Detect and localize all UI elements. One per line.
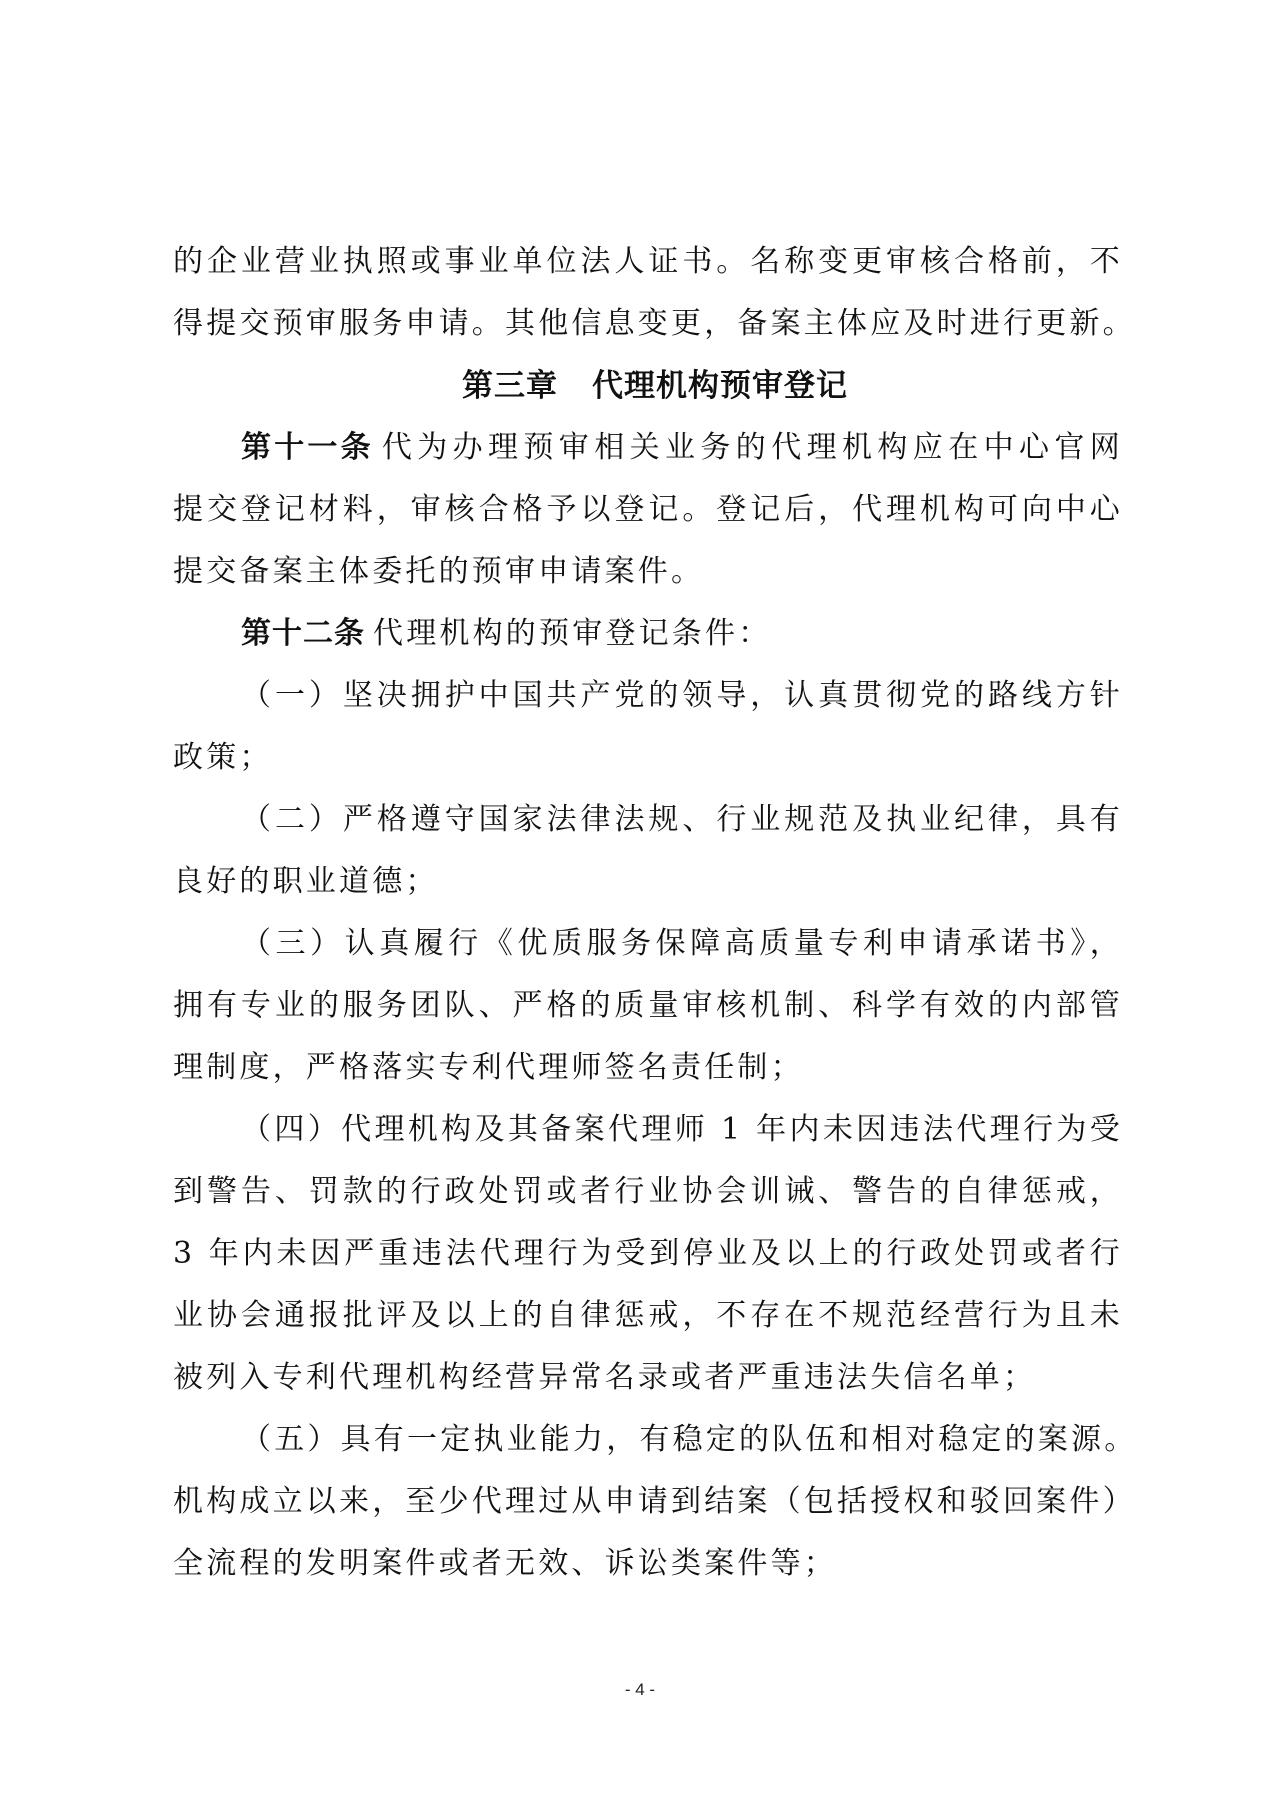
paragraph-line: 到警告、罚款的行政处罚或者行业协会训诫、警告的自律惩戒，	[173, 1161, 1123, 1223]
paragraph-line: 提交登记材料，审核合格予以登记。登记后，代理机构可向中心	[173, 479, 1123, 541]
paragraph-line: 3 年内未因严重违法代理行为受到停业及以上的行政处罚或者行	[173, 1223, 1123, 1285]
paragraph-line: 理制度，严格落实专利代理师签名责任制；	[173, 1037, 1123, 1099]
page-number: - 4 -	[0, 1680, 1280, 1700]
article-line: 第十二条代理机构的预审登记条件：	[173, 603, 1123, 665]
document-body: 的企业营业执照或事业单位法人证书。名称变更审核合格前，不 得提交预审服务申请。其…	[173, 231, 1123, 1595]
paragraph-line: 被列入专利代理机构经营异常名录或者严重违法失信名单；	[173, 1347, 1123, 1409]
chapter-title: 代理机构预审登记	[592, 368, 848, 404]
list-item-line: （一）坚决拥护中国共产党的领导，认真贯彻党的路线方针	[173, 665, 1123, 727]
article-text: 代理机构的预审登记条件：	[373, 616, 771, 651]
article-line: 第十一条代为办理预审相关业务的代理机构应在中心官网	[173, 417, 1123, 479]
paragraph-line: 的企业营业执照或事业单位法人证书。名称变更审核合格前，不	[173, 231, 1123, 293]
paragraph-line: 业协会通报批评及以上的自律惩戒，不存在不规范经营行为且未	[173, 1285, 1123, 1347]
paragraph-line: 拥有专业的服务团队、严格的质量审核机制、科学有效的内部管	[173, 975, 1123, 1037]
paragraph-line: 机构成立以来，至少代理过从申请到结案（包括授权和驳回案件）	[173, 1471, 1123, 1533]
paragraph-line: 提交备案主体委托的预审申请案件。	[173, 541, 1123, 603]
chapter-heading: 第三章代理机构预审登记	[173, 355, 1123, 417]
list-item-line: （二）严格遵守国家法律法规、行业规范及执业纪律，具有	[173, 789, 1123, 851]
list-item-line: （三）认真履行《优质服务保障高质量专利申请承诺书》，	[173, 913, 1123, 975]
article-number: 第十二条	[241, 616, 365, 651]
article-number: 第十一条	[241, 430, 374, 465]
paragraph-line: 全流程的发明案件或者无效、诉讼类案件等；	[173, 1533, 1123, 1595]
paragraph-line: 得提交预审服务申请。其他信息变更，备案主体应及时进行更新。	[173, 293, 1123, 355]
chapter-number: 第三章	[462, 368, 558, 404]
document-page: 的企业营业执照或事业单位法人证书。名称变更审核合格前，不 得提交预审服务申请。其…	[0, 0, 1280, 1810]
paragraph-line: 政策；	[173, 727, 1123, 789]
list-item-line: （四）代理机构及其备案代理师 1 年内未因违法代理行为受	[173, 1099, 1123, 1161]
paragraph-line: 良好的职业道德；	[173, 851, 1123, 913]
list-item-line: （五）具有一定执业能力，有稳定的队伍和相对稳定的案源。	[173, 1409, 1123, 1471]
article-text: 代为办理预审相关业务的代理机构应在中心官网	[382, 430, 1123, 465]
